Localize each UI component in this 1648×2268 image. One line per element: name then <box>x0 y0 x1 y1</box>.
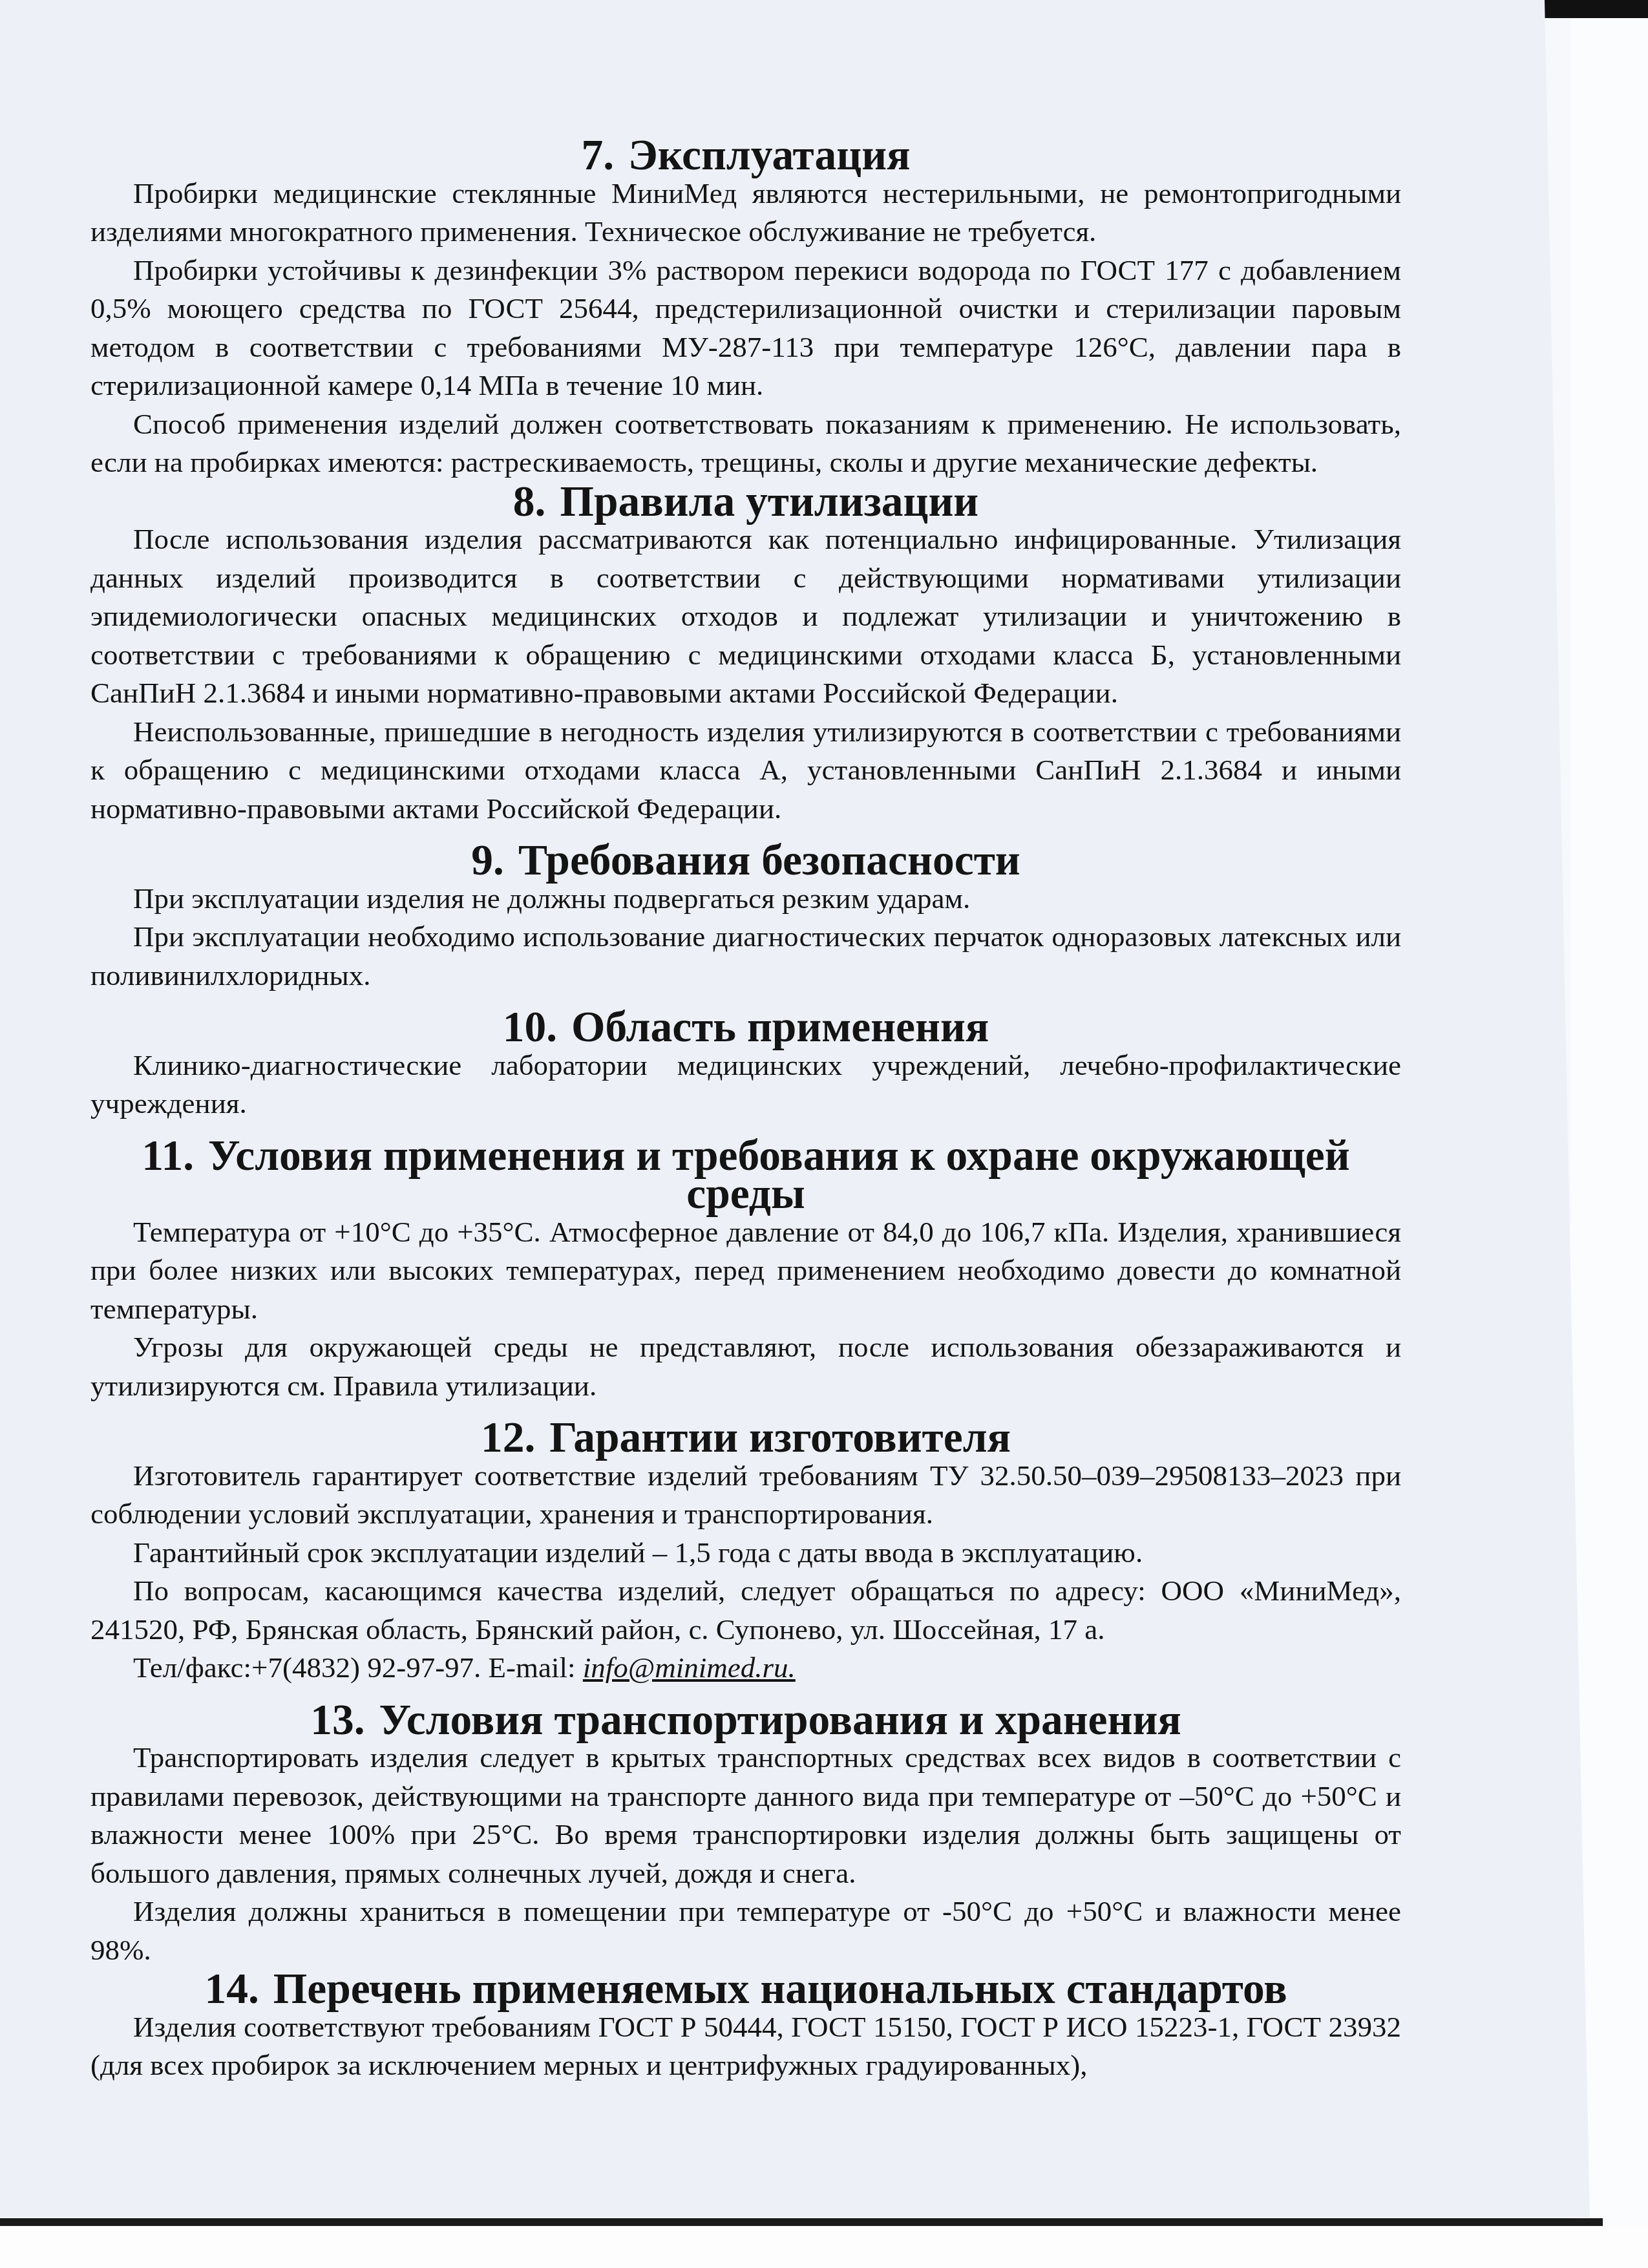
section-title: Правила утилизации <box>560 477 978 525</box>
scan-edge-shadow <box>1545 0 1648 18</box>
paragraph: Температура от +10°С до +35°С. Атмосферн… <box>90 1213 1401 1329</box>
paragraph: Клинико-диагностические лаборатории меди… <box>90 1046 1401 1123</box>
section-title: Гарантии изготовителя <box>549 1413 1011 1461</box>
email-link[interactable]: info@minimed.ru. <box>583 1651 796 1684</box>
document-body: 7.Эксплуатация Пробирки медицинские стек… <box>90 136 1401 2085</box>
scan-bottom-margin <box>0 2226 1648 2268</box>
paragraph: Неиспользованные, пришедшие в негодность… <box>90 713 1401 829</box>
paragraph: Пробирки устойчивы к дезинфекции 3% раст… <box>90 251 1401 405</box>
section-title: Область применения <box>571 1002 989 1051</box>
section-heading: 7.Эксплуатация <box>90 136 1401 175</box>
paragraph: По вопросам, касающимся качества изделий… <box>90 1572 1401 1649</box>
section-title: Перечень применяемых национальных станда… <box>273 1964 1287 2013</box>
section-heading: 9.Требования безопасности <box>90 841 1401 880</box>
phone-fax: Тел/факс:+7(4832) 92-97-97. E-mail: <box>133 1651 583 1684</box>
section-12-manufacturer-warranty: 12.Гарантии изготовителя Изготовитель га… <box>90 1418 1401 1688</box>
section-heading: 13.Условия транспортирования и хранения <box>90 1701 1401 1739</box>
paragraph: Изделия соответствуют требованиям ГОСТ Р… <box>90 2008 1401 2085</box>
paragraph: Изделия должны храниться в помещении при… <box>90 1892 1401 1969</box>
section-title: Условия применения и требования к охране… <box>208 1131 1350 1218</box>
section-title: Условия транспортирования и хранения <box>379 1695 1181 1744</box>
section-9-safety: 9.Требования безопасности При эксплуатац… <box>90 841 1401 995</box>
section-heading: 8.Правила утилизации <box>90 482 1401 521</box>
section-title: Эксплуатация <box>628 131 911 179</box>
paragraph: Транспортировать изделия следует в крыты… <box>90 1739 1401 1892</box>
paragraph: Способ применения изделий должен соответ… <box>90 405 1401 482</box>
section-heading: 14.Перечень применяемых национальных ста… <box>90 1969 1401 2008</box>
section-14-national-standards: 14.Перечень применяемых национальных ста… <box>90 1969 1401 2085</box>
section-7-operation: 7.Эксплуатация Пробирки медицинские стек… <box>90 136 1401 482</box>
section-11-conditions-environment: 11.Условия применения и требования к охр… <box>90 1136 1401 1406</box>
contact-line: Тел/факс:+7(4832) 92-97-97. E-mail: info… <box>90 1649 1401 1688</box>
section-13-transport-storage: 13.Условия транспортирования и хранения … <box>90 1701 1401 1970</box>
paragraph: После использования изделия рассматриваю… <box>90 520 1401 713</box>
scan-bottom-edge <box>0 2218 1603 2226</box>
section-heading: 11.Условия применения и требования к охр… <box>90 1136 1401 1213</box>
section-title: Требования безопасности <box>518 836 1020 884</box>
paragraph: При эксплуатации изделия не должны подве… <box>90 880 1401 918</box>
section-heading: 12.Гарантии изготовителя <box>90 1418 1401 1457</box>
paragraph: Пробирки медицинские стеклянные МиниМед … <box>90 175 1401 251</box>
paragraph: Изготовитель гарантирует соответствие из… <box>90 1457 1401 1534</box>
section-8-disposal: 8.Правила утилизации После использования… <box>90 482 1401 829</box>
paragraph: Угрозы для окружающей среды не представл… <box>90 1328 1401 1405</box>
section-heading: 10.Область применения <box>90 1008 1401 1046</box>
paragraph: При эксплуатации необходимо использовани… <box>90 918 1401 995</box>
section-10-application-area: 10.Область применения Клинико-диагностич… <box>90 1008 1401 1123</box>
paragraph: Гарантийный срок эксплуатации изделий – … <box>90 1534 1401 1573</box>
